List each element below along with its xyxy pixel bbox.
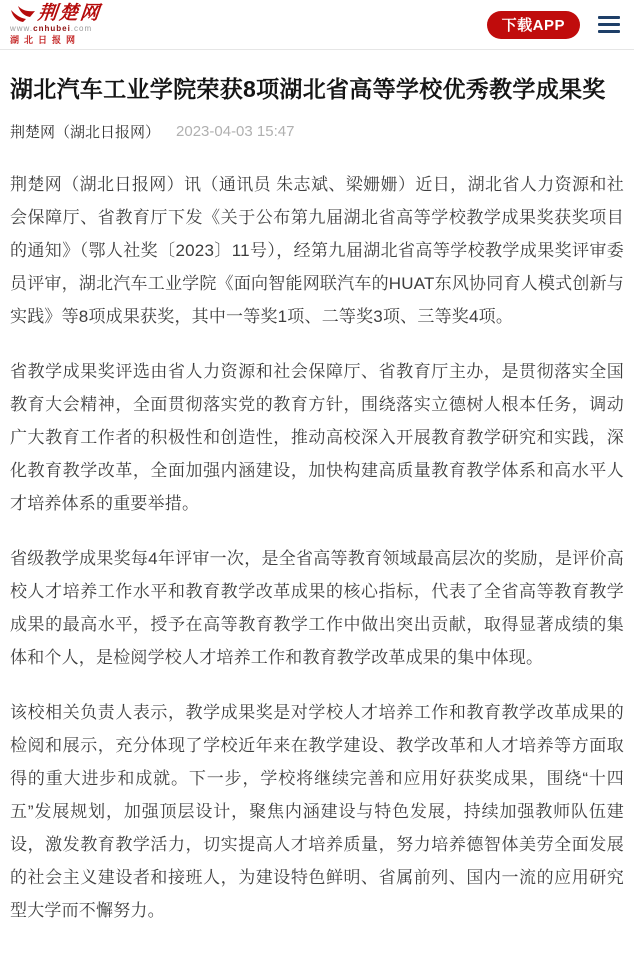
download-app-button[interactable]: 下载APP bbox=[487, 11, 580, 39]
logo-site-name: 荆楚网 bbox=[37, 4, 102, 23]
article-paragraph: 荆楚网（湖北日报网）讯（通讯员 朱志斌、梁姗姗）近日，湖北省人力资源和社会保障厅… bbox=[10, 168, 624, 333]
article-paragraph: 省教学成果奖评选由省人力资源和社会保障厅、省教育厅主办，是贯彻落实全国教育大会精… bbox=[10, 355, 624, 520]
header-actions: 下载APP bbox=[487, 11, 622, 39]
article-source: 荆楚网（湖北日报网） bbox=[10, 121, 160, 142]
logo-swoosh-icon bbox=[10, 6, 36, 23]
site-logo[interactable]: 荆楚网 www.cnhubei.com 湖北日报网 bbox=[10, 4, 101, 45]
hamburger-bar bbox=[598, 23, 620, 26]
page: 荆楚网 www.cnhubei.com 湖北日报网 下载APP 湖北汽车工业学院… bbox=[0, 0, 634, 978]
article-title: 湖北汽车工业学院荣获8项湖北省高等学校优秀教学成果奖 bbox=[10, 74, 624, 105]
hamburger-bar bbox=[598, 16, 620, 19]
article-paragraph: 省级教学成果奖每4年评审一次，是全省高等教育领域最高层次的奖励，是评价高校人才培… bbox=[10, 542, 624, 674]
logo-url: www.cnhubei.com bbox=[10, 25, 101, 33]
hamburger-bar bbox=[598, 30, 620, 33]
hamburger-menu-icon[interactable] bbox=[596, 14, 622, 35]
logo-url-domain: cnhubei bbox=[33, 24, 71, 33]
logo-top-row: 荆楚网 bbox=[10, 4, 101, 23]
article-timestamp: 2023-04-03 15:47 bbox=[176, 123, 294, 140]
logo-url-com: .com bbox=[71, 24, 92, 33]
article-body: 荆楚网（湖北日报网）讯（通讯员 朱志斌、梁姗姗）近日，湖北省人力资源和社会保障厅… bbox=[10, 168, 624, 927]
byline: 荆楚网（湖北日报网） 2023-04-03 15:47 bbox=[10, 121, 624, 142]
logo-url-www: www. bbox=[10, 24, 33, 33]
article: 湖北汽车工业学院荣获8项湖北省高等学校优秀教学成果奖 荆楚网（湖北日报网） 20… bbox=[0, 74, 634, 927]
article-paragraph: 该校相关负责人表示，教学成果奖是对学校人才培养工作和教育教学改革成果的检阅和展示… bbox=[10, 696, 624, 927]
site-header: 荆楚网 www.cnhubei.com 湖北日报网 下载APP bbox=[0, 0, 634, 50]
logo-subtitle: 湖北日报网 bbox=[10, 36, 101, 45]
